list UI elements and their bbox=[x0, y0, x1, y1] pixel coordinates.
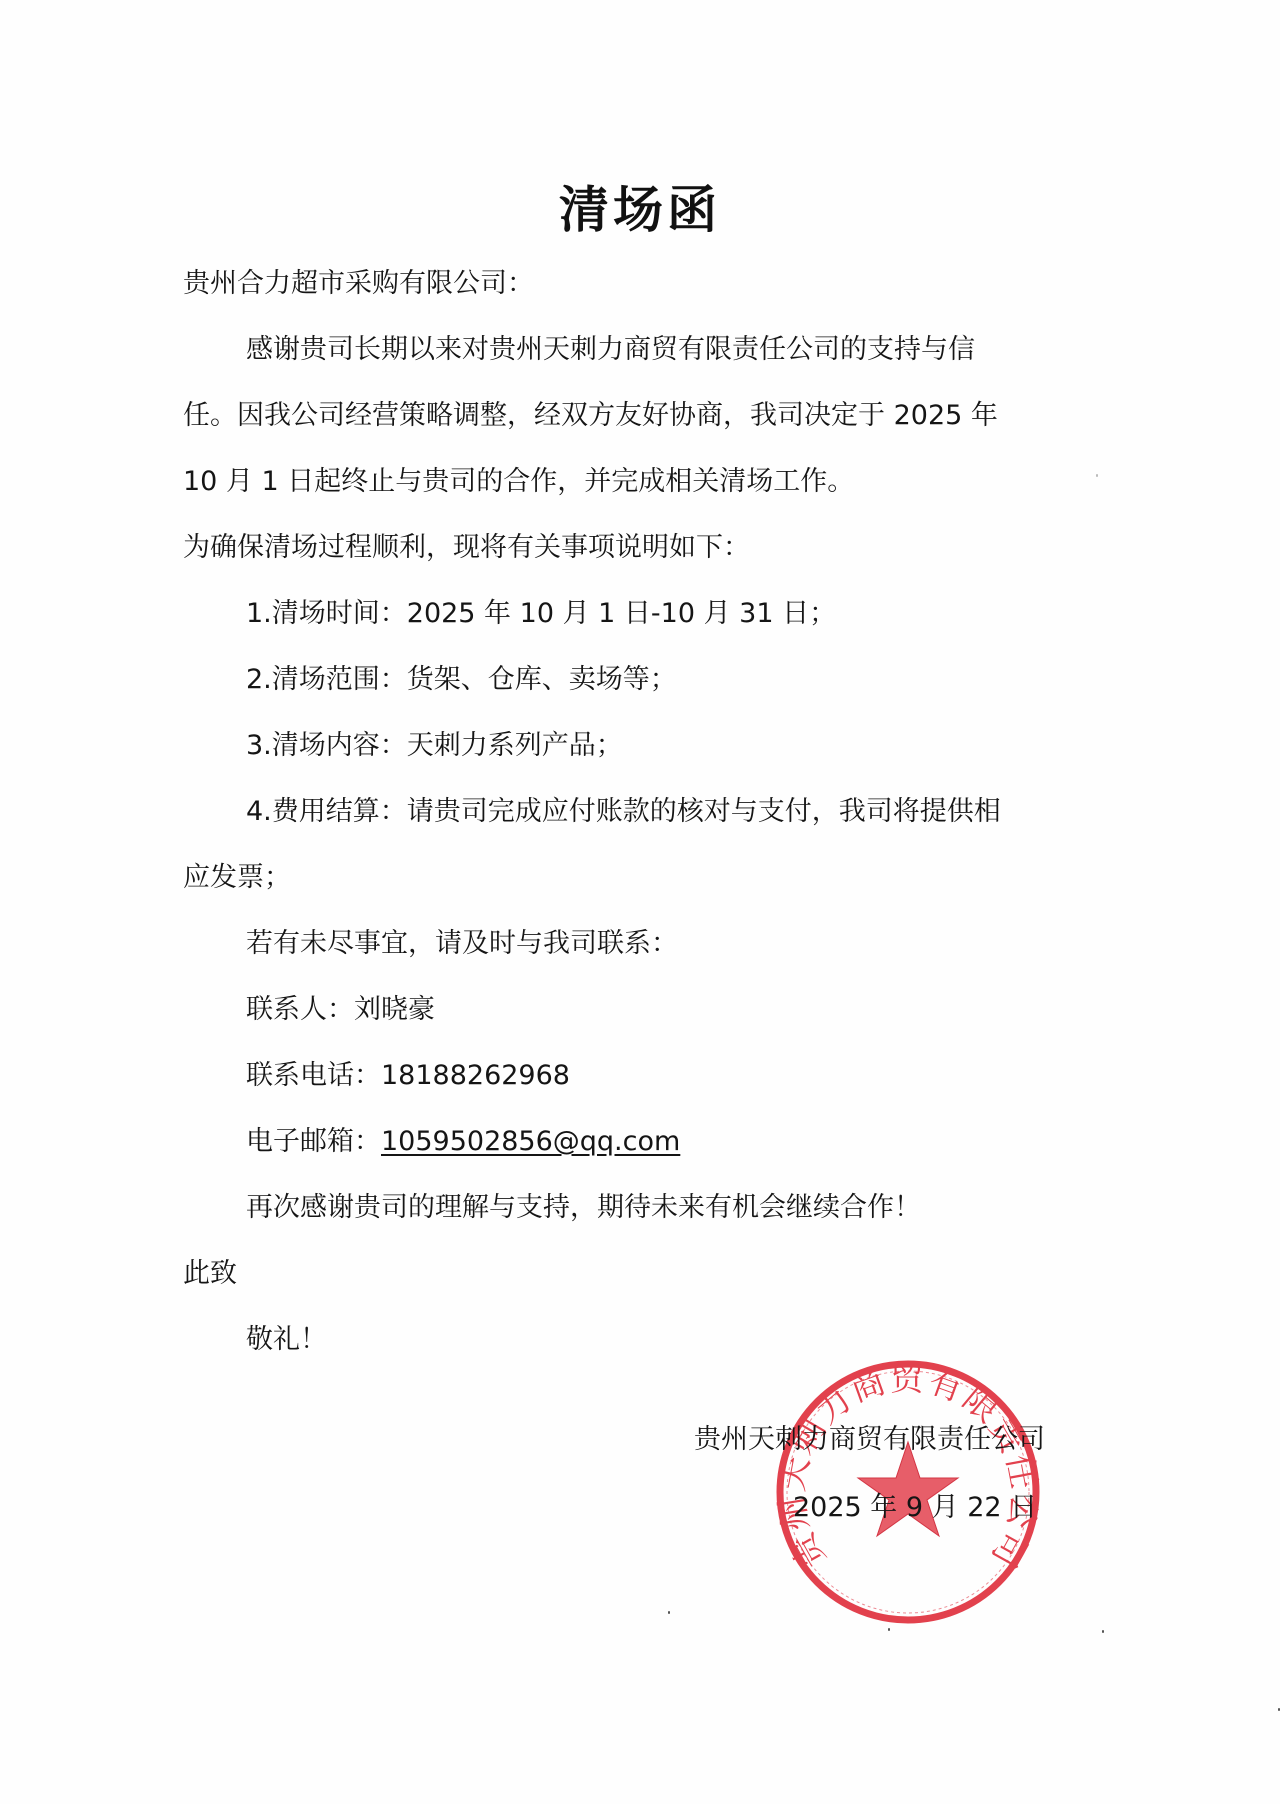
contact-person-row: 联系人：刘晓豪 bbox=[246, 992, 435, 1028]
contact-phone-label: 联系电话： bbox=[246, 1060, 381, 1091]
closing-text: 再次感谢贵司的理解与支持，期待未来有机会继续合作！ bbox=[246, 1190, 921, 1226]
contact-person: 刘晓豪 bbox=[354, 994, 435, 1025]
scan-speck bbox=[1102, 1630, 1104, 1633]
paragraph1-line3: 10 月 1 日起终止与贵司的合作，并完成相关清场工作。 bbox=[183, 464, 854, 500]
contact-email-label: 电子邮箱： bbox=[246, 1126, 381, 1157]
contact-phone: 18188262968 bbox=[381, 1060, 570, 1091]
contact-intro: 若有未尽事宜，请及时与我司联系： bbox=[246, 926, 678, 962]
contact-email-link[interactable]: 1059502856@qq.com bbox=[381, 1126, 680, 1157]
letter-title: 清场函 bbox=[0, 170, 1280, 242]
contact-person-label: 联系人： bbox=[246, 994, 354, 1025]
signature-date: 2025 年 9 月 22 日 bbox=[793, 1490, 1037, 1526]
item-3: 3.清场内容：天刺力系列产品； bbox=[246, 728, 623, 764]
scan-speck bbox=[1096, 474, 1098, 477]
item-4: 4.费用结算：请贵司完成应付账款的核对与支付，我司将提供相 bbox=[246, 794, 1001, 830]
scan-speck bbox=[668, 1611, 670, 1614]
item-4-continuation: 应发票； bbox=[183, 860, 291, 896]
scanned-letter-page: 清场函 贵州合力超市采购有限公司： 感谢贵司长期以来对贵州天刺力商贸有限责任公司… bbox=[0, 0, 1280, 1804]
salutation-jing-li: 敬礼！ bbox=[246, 1322, 327, 1358]
signature-company: 贵州天刺力商贸有限责任公司 bbox=[694, 1422, 1045, 1458]
paragraph1-line2: 任。因我公司经营策略调整，经双方友好协商，我司决定于 2025 年 bbox=[183, 398, 998, 434]
item-1: 1.清场时间：2025 年 10 月 1 日-10 月 31 日； bbox=[246, 596, 836, 632]
intro-text: 为确保清场过程顺利，现将有关事项说明如下： bbox=[183, 530, 750, 566]
salutation-ci-zhi: 此致 bbox=[183, 1256, 237, 1292]
scan-speck bbox=[888, 1628, 890, 1631]
recipient: 贵州合力超市采购有限公司： bbox=[183, 266, 534, 302]
contact-phone-row: 联系电话：18188262968 bbox=[246, 1058, 570, 1094]
item-2: 2.清场范围：货架、仓库、卖场等； bbox=[246, 662, 677, 698]
paragraph1-line1: 感谢贵司长期以来对贵州天刺力商贸有限责任公司的支持与信 bbox=[246, 332, 975, 368]
contact-email-row: 电子邮箱：1059502856@qq.com bbox=[246, 1124, 680, 1160]
